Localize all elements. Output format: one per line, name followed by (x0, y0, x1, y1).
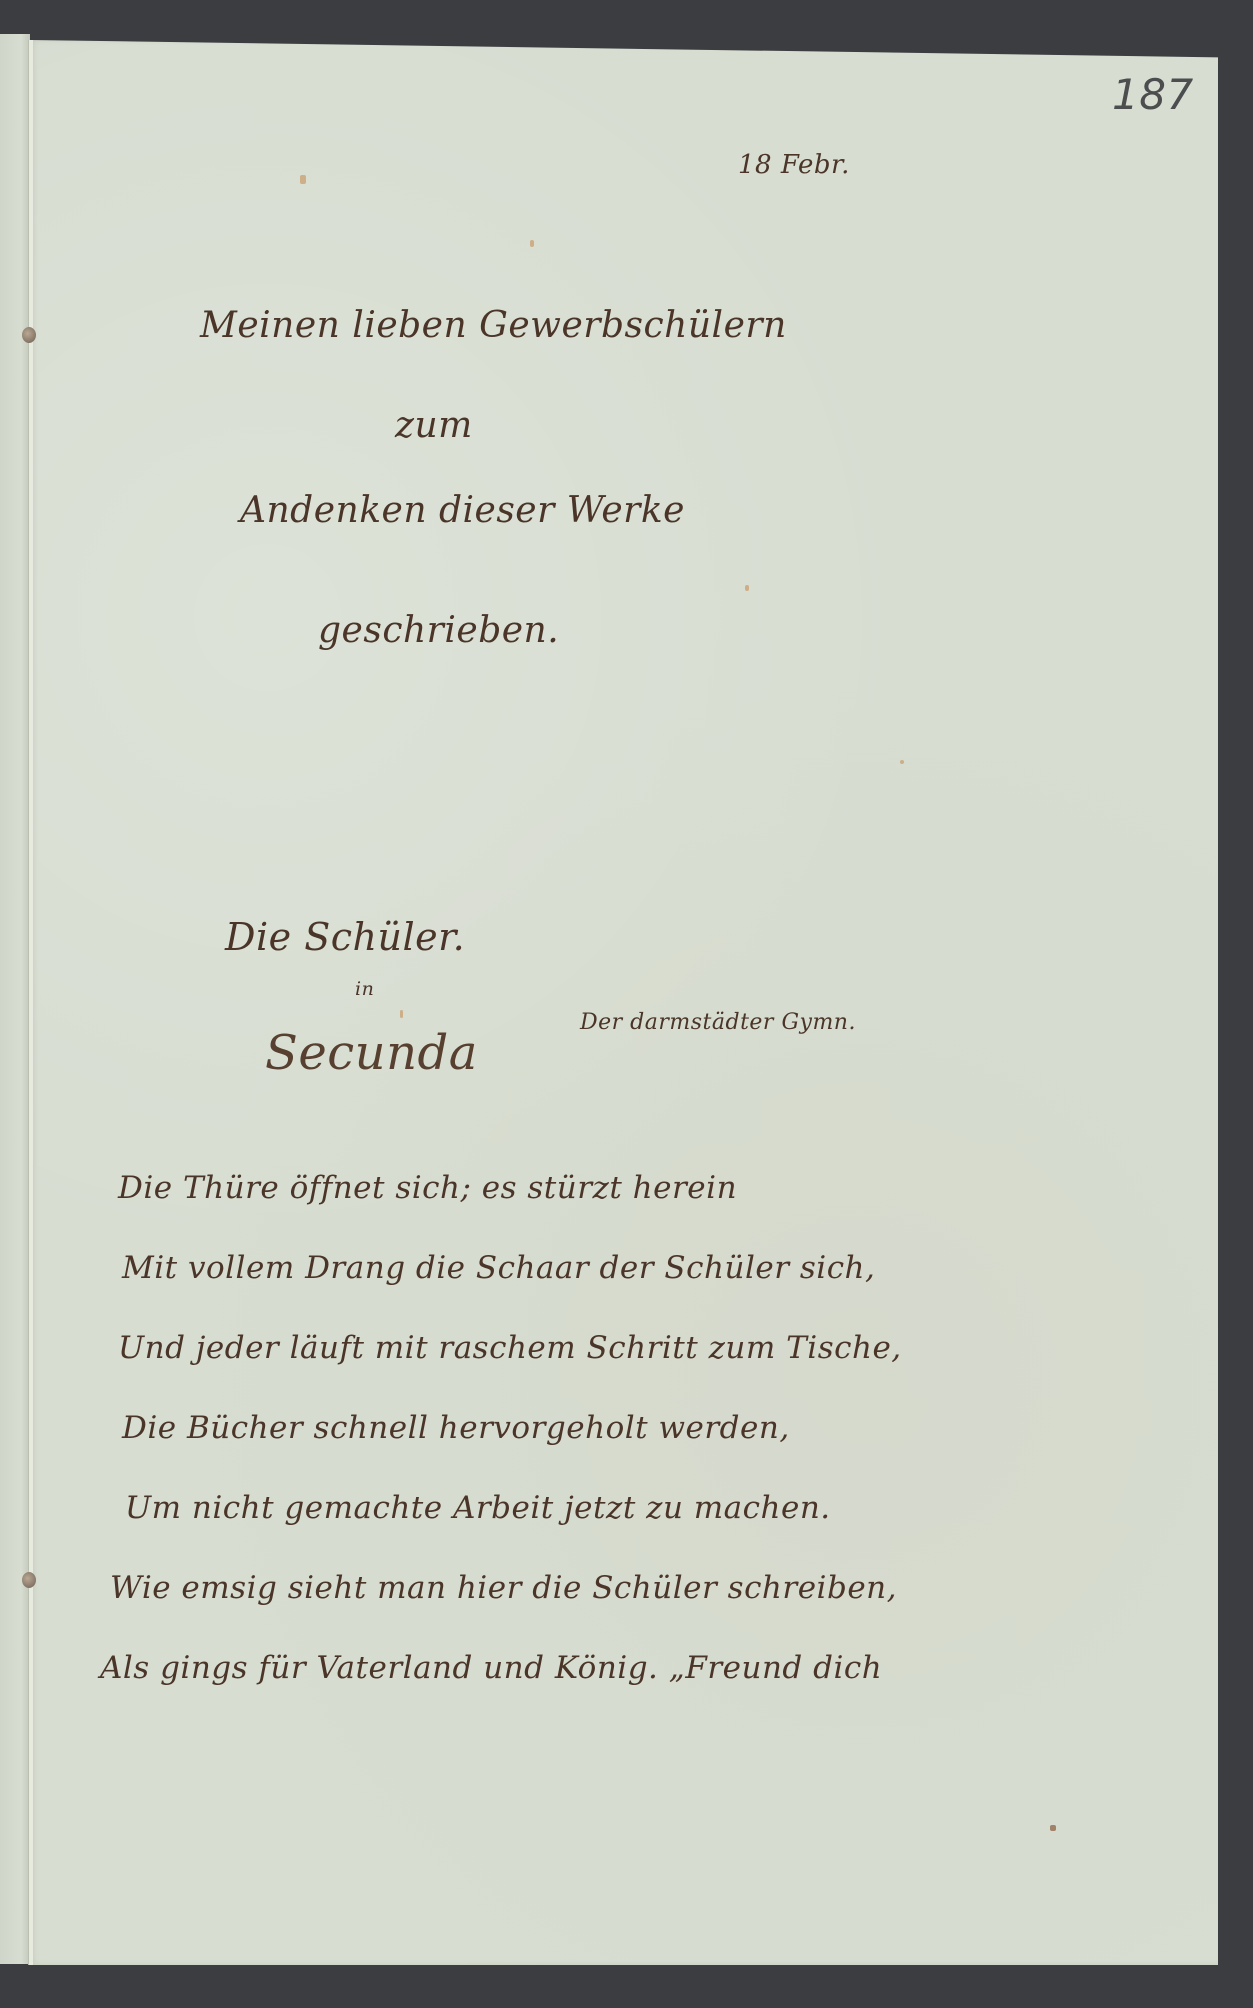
paper-speck (300, 175, 306, 184)
poem-title: Die Schüler. (225, 915, 465, 959)
dedication-line-1: Meinen lieben Gewerbschülern (200, 305, 787, 346)
dedication-line-4: geschrieben. (318, 610, 559, 651)
paper-speck (1050, 1825, 1056, 1831)
paper-speck (900, 760, 904, 764)
paper-speck (400, 1010, 403, 1018)
heading-annotation: Der darmstädter Gymn. (580, 1010, 856, 1035)
binding-thread-knot (22, 1572, 36, 1588)
date-note: 18 Febr. (738, 150, 850, 180)
verse-line: Wie emsig sieht man hier die Schüler sch… (110, 1570, 897, 1606)
verse-line: Die Thüre öffnet sich; es stürzt herein (118, 1170, 737, 1206)
paper-speck (530, 240, 534, 247)
verse-line: Die Bücher schnell hervorgeholt werden, (122, 1410, 790, 1446)
dedication-line-3: Andenken dieser Werke (240, 490, 685, 531)
verse-line: Mit vollem Drang die Schaar der Schüler … (122, 1250, 875, 1286)
verse-line: Um nicht gemachte Arbeit jetzt zu machen… (125, 1490, 831, 1526)
title-connector: in (355, 978, 374, 1000)
class-name-secunda: Secunda (265, 1025, 478, 1081)
verse-line: Und jeder läuft mit raschem Schritt zum … (118, 1330, 902, 1366)
dedication-line-2: zum (395, 405, 473, 446)
facing-page-edge (0, 34, 30, 1964)
folio-number: 187 (1112, 70, 1194, 119)
verse-line: Als gings für Vaterland und König. „Freu… (100, 1650, 882, 1686)
paper-speck (745, 585, 749, 591)
binding-thread-knot (22, 327, 36, 343)
